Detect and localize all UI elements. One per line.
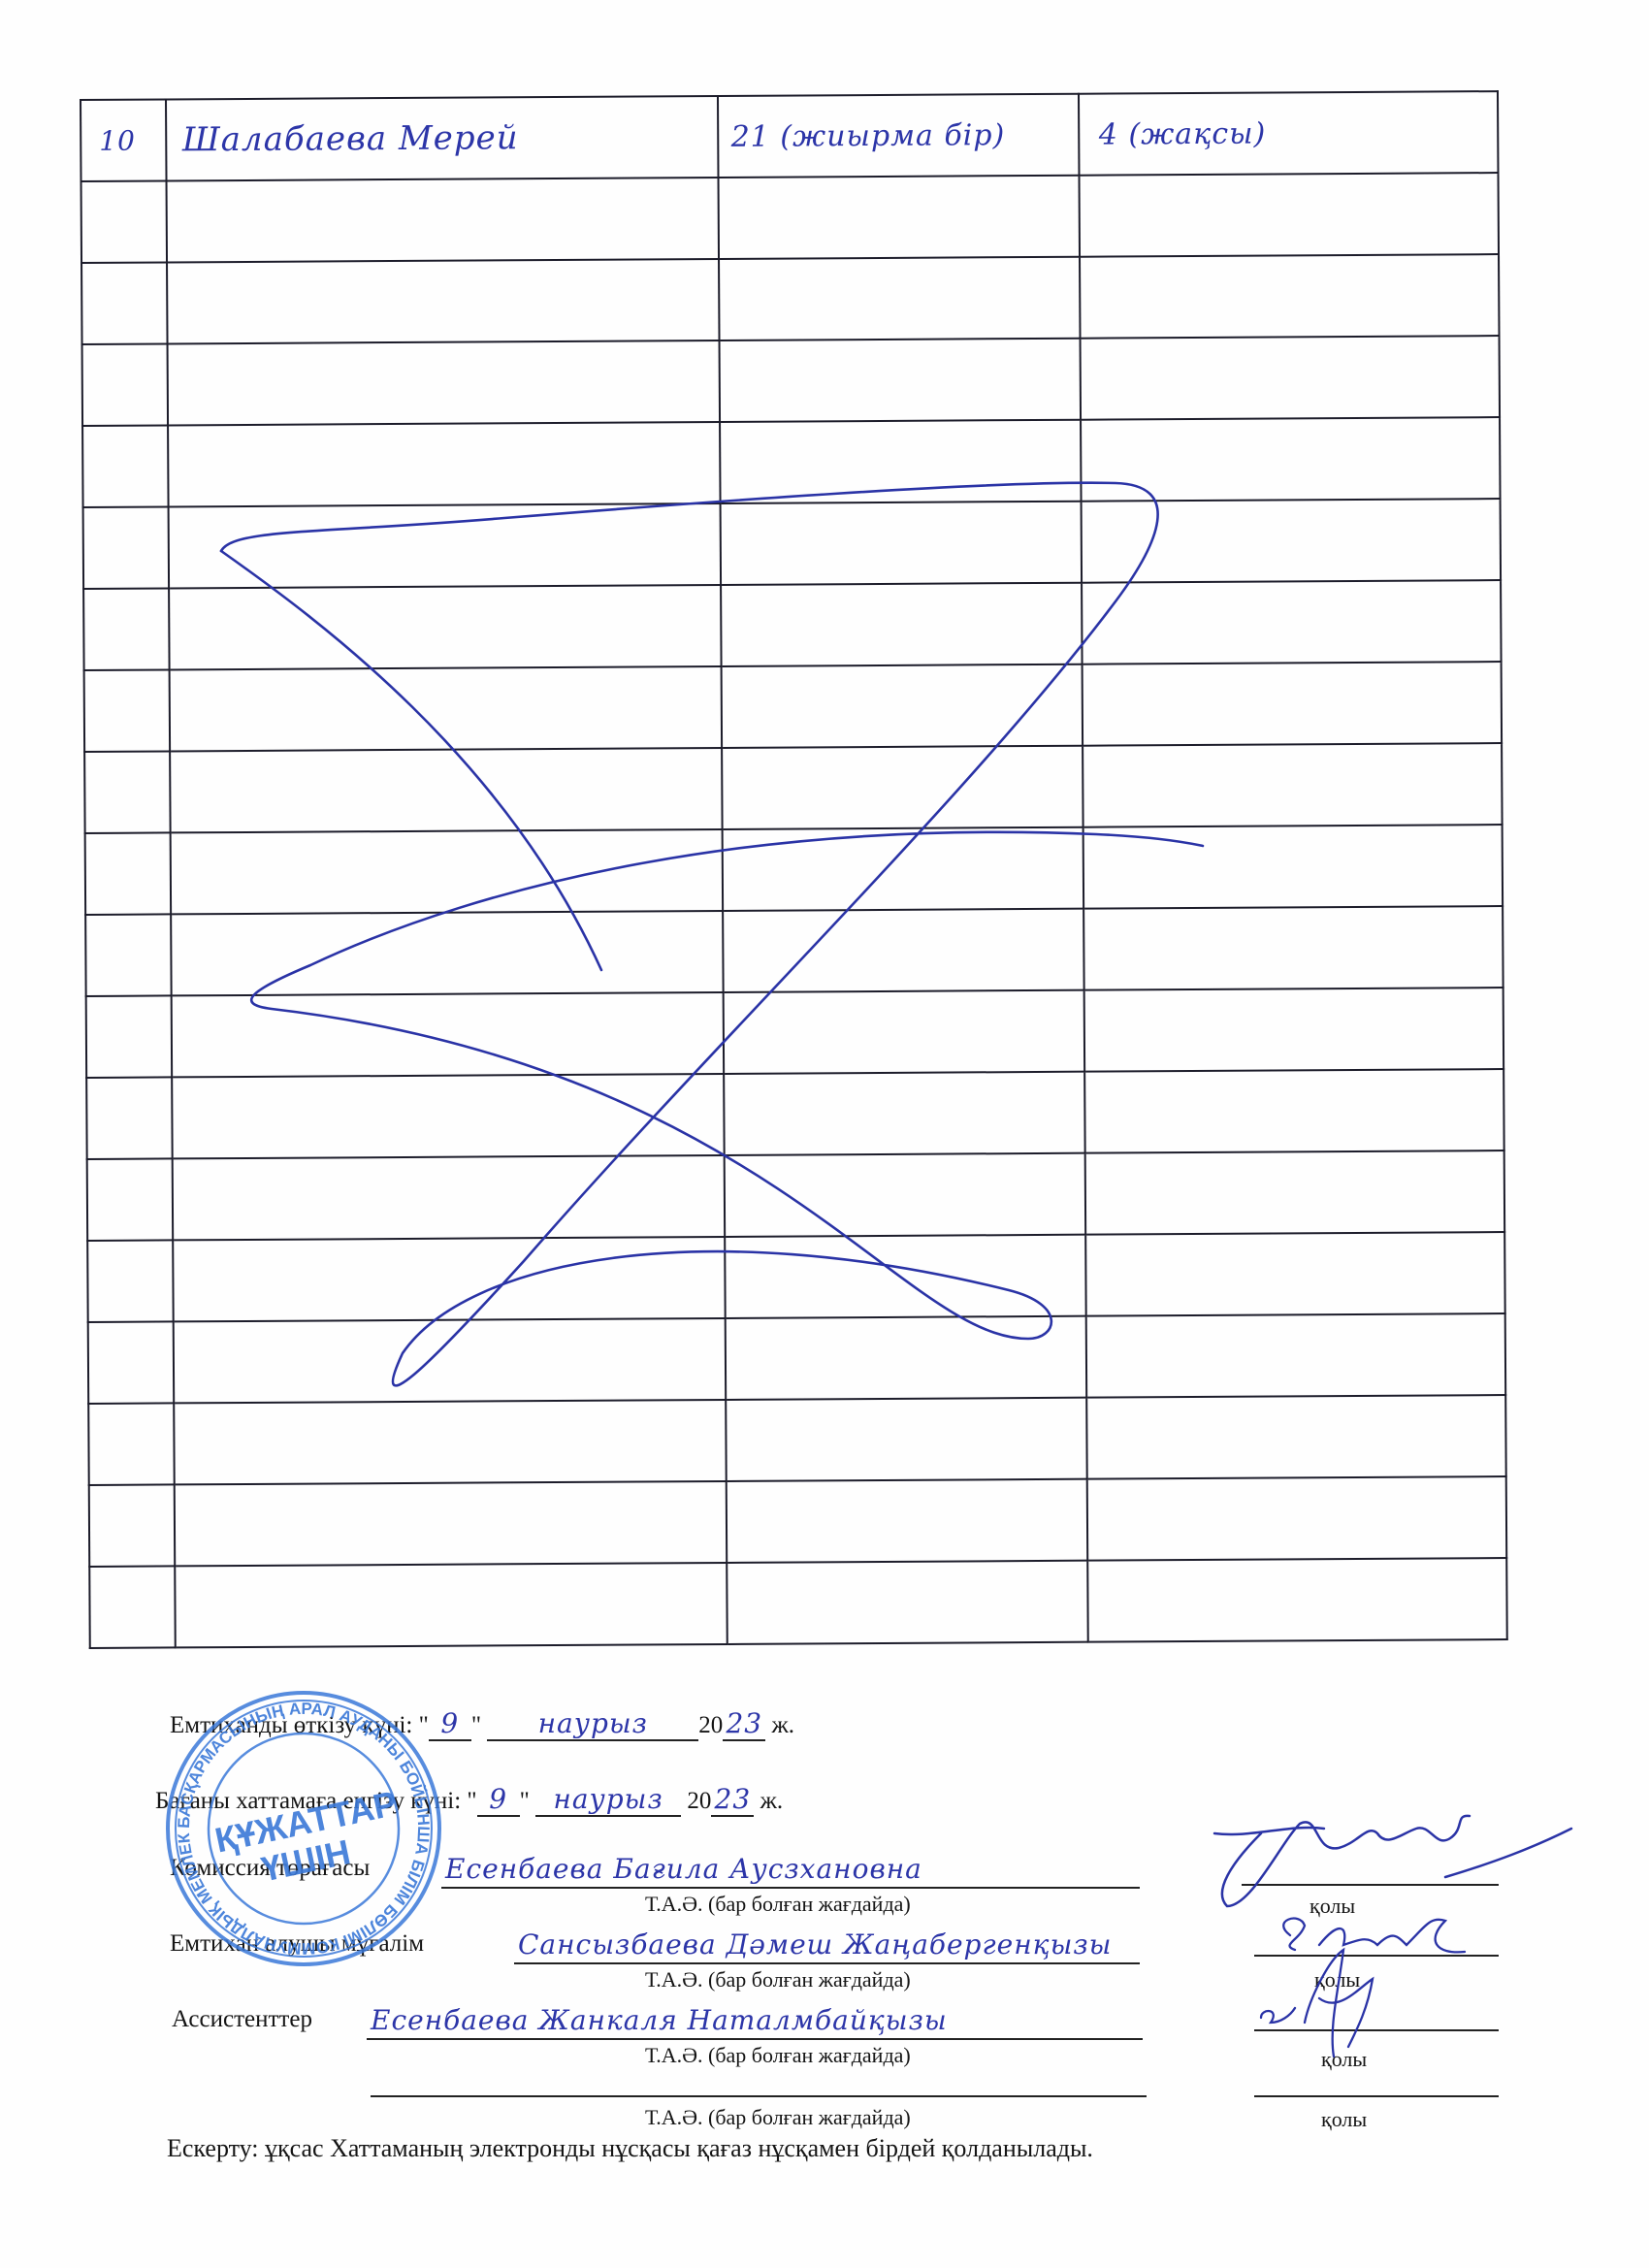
table-row	[85, 906, 1503, 996]
student-name-cell	[173, 1318, 726, 1403]
table-row	[86, 988, 1503, 1078]
score-cell	[723, 746, 1083, 829]
row-number-cell	[87, 1158, 173, 1241]
score-cell	[726, 1235, 1086, 1318]
table-row	[85, 825, 1503, 915]
extra-assistant-signature-caption: қолы	[1321, 2107, 1367, 2132]
commission-chair-name-field: Есенбаева Бағила Аусзхановна	[441, 1848, 1140, 1889]
student-name-cell	[171, 992, 724, 1077]
grade-cell	[1083, 743, 1503, 827]
score-cell	[726, 1316, 1086, 1400]
extra-assistant-signature-line	[1254, 2093, 1499, 2097]
row-number-cell: 10	[81, 99, 166, 181]
score-cell	[723, 827, 1083, 911]
table-row	[82, 417, 1500, 507]
student-name-cell	[167, 340, 720, 425]
grade-cell	[1082, 662, 1502, 746]
student-name-cell	[167, 259, 720, 343]
entry-date-month-field: наурыз	[535, 1783, 681, 1817]
grade-cell	[1080, 254, 1500, 339]
commission-chair-signature-line	[1242, 1882, 1499, 1886]
row-number-cell	[89, 1484, 175, 1567]
row-number-cell	[81, 180, 167, 263]
table-row	[87, 1232, 1504, 1322]
student-name-cell	[168, 503, 721, 588]
entry-date-label: Бағаны хаттамаға енгізу күні:	[155, 1788, 461, 1814]
table-row	[88, 1313, 1505, 1404]
extra-assistant-name-caption: Т.А.Ә. (бар болған жағдайда)	[645, 2105, 911, 2130]
grade-cell	[1081, 499, 1501, 583]
score-cell	[719, 257, 1080, 340]
score-cell	[720, 339, 1081, 422]
row-number-cell	[88, 1403, 174, 1485]
row-number-cell	[89, 1566, 175, 1648]
examiner-name-field: Сансызбаева Дәмеш Жаңабергенқызы	[514, 1924, 1140, 1964]
row-number-cell	[81, 262, 167, 344]
grade-cell	[1082, 580, 1502, 664]
exam-protocol-page: 10Шалабаева Мерей21 (жиырма бір)4 (жақсы…	[0, 0, 1649, 2268]
grade-cell	[1087, 1558, 1507, 1642]
grade-cell	[1079, 173, 1499, 257]
assistants-signature-line	[1254, 2027, 1499, 2031]
row-number-cell	[85, 832, 171, 915]
score-cell	[725, 1153, 1085, 1237]
table-row	[81, 173, 1499, 263]
commission-chair-name-caption: Т.А.Ә. (бар болған жағдайда)	[645, 1892, 911, 1917]
assistants-signature-caption: қолы	[1321, 2047, 1367, 2072]
grade-cell	[1084, 1150, 1504, 1235]
assistants-name-caption: Т.А.Ә. (бар болған жағдайда)	[645, 2043, 911, 2068]
student-name-cell	[170, 829, 723, 914]
table-row	[89, 1558, 1506, 1648]
commission-chair-signature-caption: қолы	[1309, 1894, 1355, 1919]
chair-signature-icon	[1214, 1816, 1571, 1906]
score-cell	[727, 1561, 1088, 1644]
examiner-label: Емтихан алушы мұғалім	[170, 1930, 424, 1958]
entry-date-year-field: 23	[711, 1783, 754, 1817]
grade-cell	[1080, 336, 1500, 420]
row-number-cell	[82, 343, 168, 426]
row-number-cell	[86, 1077, 172, 1159]
assistants-label: Ассистенттер	[172, 2006, 312, 2033]
entry-date-row: Бағаны хаттамаға енгізу күні: "9" наурыз…	[155, 1783, 783, 1817]
exam-date-row: Емтиханды өткізу күні: "9" наурыз2023 ж.	[170, 1707, 794, 1741]
score-cell	[722, 664, 1083, 748]
score-cell	[724, 990, 1084, 1074]
grades-table: 10Шалабаева Мерей21 (жиырма бір)4 (жақсы…	[80, 90, 1508, 1649]
student-name-cell: Шалабаева Мерей	[166, 96, 719, 180]
table-row: 10Шалабаева Мерей21 (жиырма бір)4 (жақсы…	[81, 91, 1498, 181]
row-number-cell	[83, 588, 169, 670]
row-number-cell	[87, 1240, 173, 1322]
grade-cell: 4 (жақсы)	[1079, 91, 1499, 176]
table-row	[84, 662, 1502, 752]
student-name-cell	[166, 178, 719, 262]
table-row	[88, 1395, 1505, 1485]
table-row	[82, 336, 1500, 426]
examiner-signature-line	[1254, 1953, 1499, 1957]
table-row	[83, 499, 1501, 589]
row-number-cell	[85, 914, 171, 996]
student-name-cell	[175, 1563, 727, 1647]
grade-cell	[1083, 906, 1503, 990]
table-row	[84, 743, 1502, 833]
extra-assistant-name-field	[371, 2076, 1147, 2097]
grade-cell	[1083, 988, 1503, 1072]
student-name-cell	[170, 748, 723, 832]
exam-date-month-field: наурыз	[487, 1707, 698, 1741]
assistants-name-field: Есенбаева Жанкаля Наталмбайқызы	[367, 1999, 1143, 2040]
table-row	[87, 1150, 1504, 1241]
grade-cell	[1081, 417, 1501, 502]
grade-cell	[1086, 1476, 1506, 1561]
table-row	[83, 580, 1501, 670]
grade-cell	[1085, 1232, 1505, 1316]
student-name-cell	[172, 1074, 725, 1158]
grade-cell	[1085, 1313, 1505, 1398]
table-row	[86, 1069, 1503, 1159]
student-name-cell	[168, 422, 721, 506]
row-number-cell	[82, 425, 168, 507]
score-cell	[724, 909, 1084, 992]
examiner-signature-icon	[1283, 1919, 1465, 1953]
score-cell	[727, 1479, 1087, 1563]
table-row	[89, 1476, 1506, 1567]
student-name-cell	[171, 911, 724, 995]
examiner-signature-caption: қолы	[1314, 1967, 1360, 1993]
examiner-name-caption: Т.А.Ә. (бар болған жағдайда)	[645, 1967, 911, 1993]
score-cell: 21 (жиырма бір)	[718, 94, 1079, 178]
table-row	[81, 254, 1499, 344]
assistant-signature-icon	[1261, 1950, 1373, 2057]
student-name-cell	[169, 585, 722, 669]
exam-date-label: Емтиханды өткізу күні:	[170, 1712, 412, 1738]
row-number-cell	[83, 506, 169, 589]
score-cell	[719, 176, 1080, 259]
student-name-cell	[174, 1481, 727, 1566]
score-cell	[725, 1072, 1085, 1155]
row-number-cell	[84, 751, 170, 833]
row-number-cell	[86, 995, 172, 1078]
score-cell	[721, 502, 1082, 585]
student-name-cell	[169, 666, 722, 751]
score-cell	[721, 583, 1082, 666]
score-cell	[727, 1398, 1087, 1481]
student-name-cell	[174, 1400, 727, 1484]
student-name-cell	[173, 1237, 726, 1321]
note-text: Ескерту: ұқсас Хаттаманың электронды нұс…	[167, 2134, 1093, 2163]
grade-cell	[1083, 825, 1503, 909]
commission-chair-label: Комиссия төрағасы	[170, 1855, 370, 1882]
entry-date-day-field: 9	[477, 1783, 520, 1817]
row-number-cell	[88, 1321, 174, 1404]
score-cell	[720, 420, 1081, 503]
exam-date-day-field: 9	[429, 1707, 471, 1741]
exam-date-year-field: 23	[723, 1707, 765, 1741]
row-number-cell	[84, 669, 170, 752]
grade-cell	[1086, 1395, 1506, 1479]
grade-cell	[1084, 1069, 1504, 1153]
student-name-cell	[172, 1155, 725, 1240]
